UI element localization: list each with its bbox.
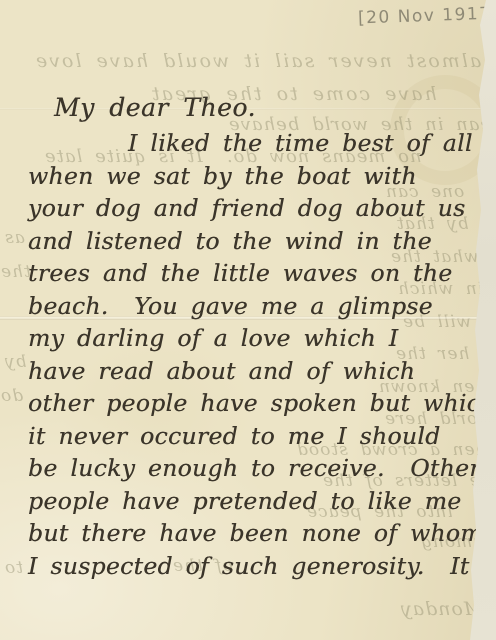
letter-line: I liked the time best of all — [28, 129, 472, 162]
letter-line: my darling of a love which I — [28, 324, 472, 357]
letter-line: but there have been none of whom — [28, 519, 472, 552]
bleedthrough-fragment: by — [4, 352, 27, 372]
letter-page: almost never sail it would have lovehave… — [0, 0, 496, 640]
bleedthrough-fragment: almost never sail it would have love — [34, 50, 481, 72]
bleedthrough-fragment: as — [4, 228, 25, 248]
date-annotation: [20 Nov 1917] — [358, 4, 496, 29]
salutation: My dear Theo. — [54, 93, 256, 122]
letter-line: other people have spoken but which — [28, 389, 472, 422]
letter-line: when we sat by the boat with — [28, 162, 472, 195]
letter-line: people have pretended to like me — [28, 487, 472, 520]
letter-line: be lucky enough to receive. Other — [28, 454, 472, 487]
letter-line: and listened to the wind in the — [28, 227, 472, 260]
bleedthrough-fragment: the — [0, 262, 31, 282]
letter-line: I suspected of such generosity. It — [28, 552, 472, 585]
letter-body: I liked the time best of allwhen we sat … — [28, 129, 472, 584]
letter-line: trees and the little waves on the — [28, 259, 472, 292]
bleedthrough-fragment: to — [4, 558, 23, 578]
letter-line: your dog and friend dog about us — [28, 194, 472, 227]
letter-scan: almost never sail it would have lovehave… — [0, 0, 496, 640]
letter-line: beach. You gave me a glimpse — [28, 292, 472, 325]
bleedthrough-fragment: do — [0, 386, 23, 406]
bleedthrough-fragment: Monday — [400, 598, 483, 620]
letter-line: it never occured to me I should — [28, 422, 472, 455]
letter-line: have read about and of which — [28, 357, 472, 390]
